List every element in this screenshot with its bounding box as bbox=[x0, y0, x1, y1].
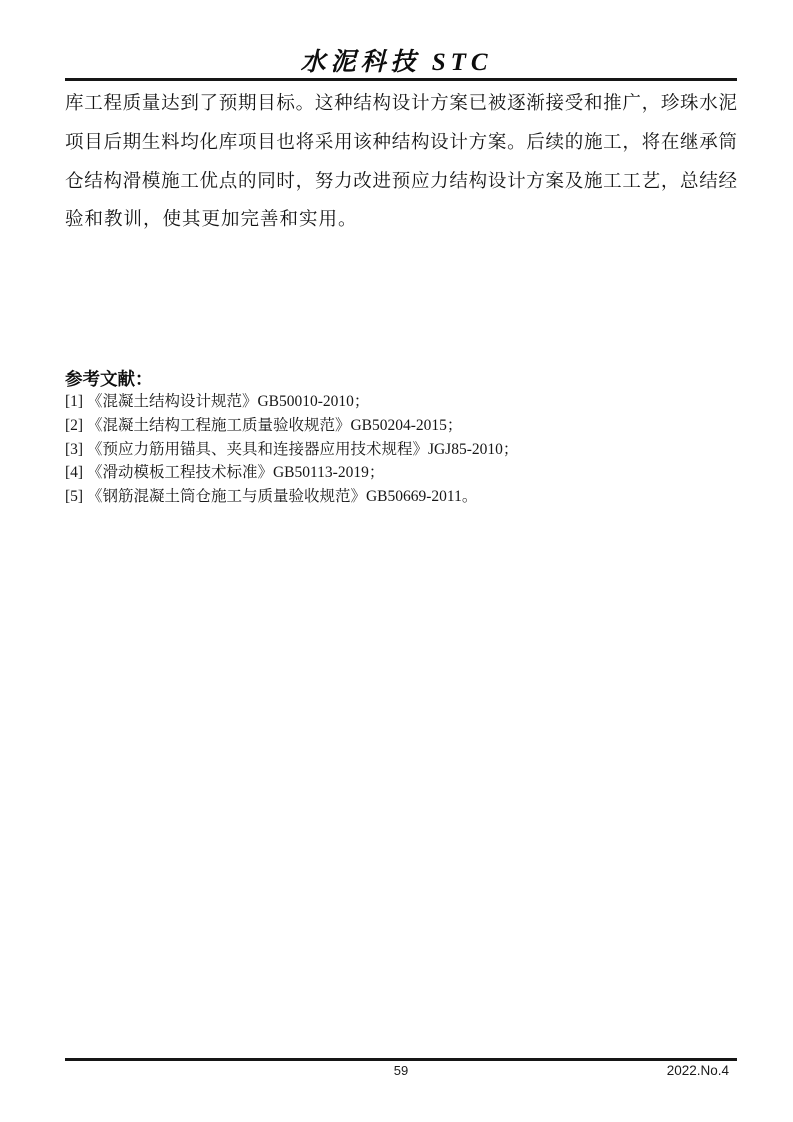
body-line: 验和教训，使其更加完善和实用。 bbox=[65, 201, 737, 240]
issue-label: 2022.No.4 bbox=[667, 1063, 729, 1078]
header-rule bbox=[65, 78, 737, 81]
journal-header-title: 水泥科技 STC bbox=[0, 42, 793, 78]
reference-item: [1] 《混凝土结构设计规范》GB50010-2010； bbox=[65, 390, 737, 414]
body-line: 项目后期生料均化库项目也将采用该种结构设计方案。后续的施工，将在继承筒 bbox=[65, 124, 737, 163]
body-line: 仓结构滑模施工优点的同时，努力改进预应力结构设计方案及施工工艺，总结经 bbox=[65, 163, 737, 202]
reference-item: [2] 《混凝土结构工程施工质量验收规范》GB50204-2015； bbox=[65, 414, 737, 438]
references-heading: 参考文献： bbox=[65, 366, 737, 391]
footer: 59 2022.No.4 bbox=[65, 1063, 737, 1081]
reference-item: [3] 《预应力筋用锚具、夹具和连接器应用技术规程》JGJ85-2010； bbox=[65, 438, 737, 462]
body-paragraph: 库工程质量达到了预期目标。这种结构设计方案已被逐渐接受和推广，珍珠水泥 项目后期… bbox=[65, 85, 737, 240]
body-line: 库工程质量达到了预期目标。这种结构设计方案已被逐渐接受和推广，珍珠水泥 bbox=[65, 85, 737, 124]
references-list: [1] 《混凝土结构设计规范》GB50010-2010； [2] 《混凝土结构工… bbox=[65, 390, 737, 509]
page-number: 59 bbox=[65, 1063, 737, 1078]
footer-rule bbox=[65, 1058, 737, 1061]
reference-item: [5] 《钢筋混凝土筒仓施工与质量验收规范》GB50669-2011。 bbox=[65, 485, 737, 509]
document-page: 水泥科技 STC 库工程质量达到了预期目标。这种结构设计方案已被逐渐接受和推广，… bbox=[0, 0, 793, 1122]
reference-item: [4] 《滑动模板工程技术标准》GB50113-2019； bbox=[65, 461, 737, 485]
